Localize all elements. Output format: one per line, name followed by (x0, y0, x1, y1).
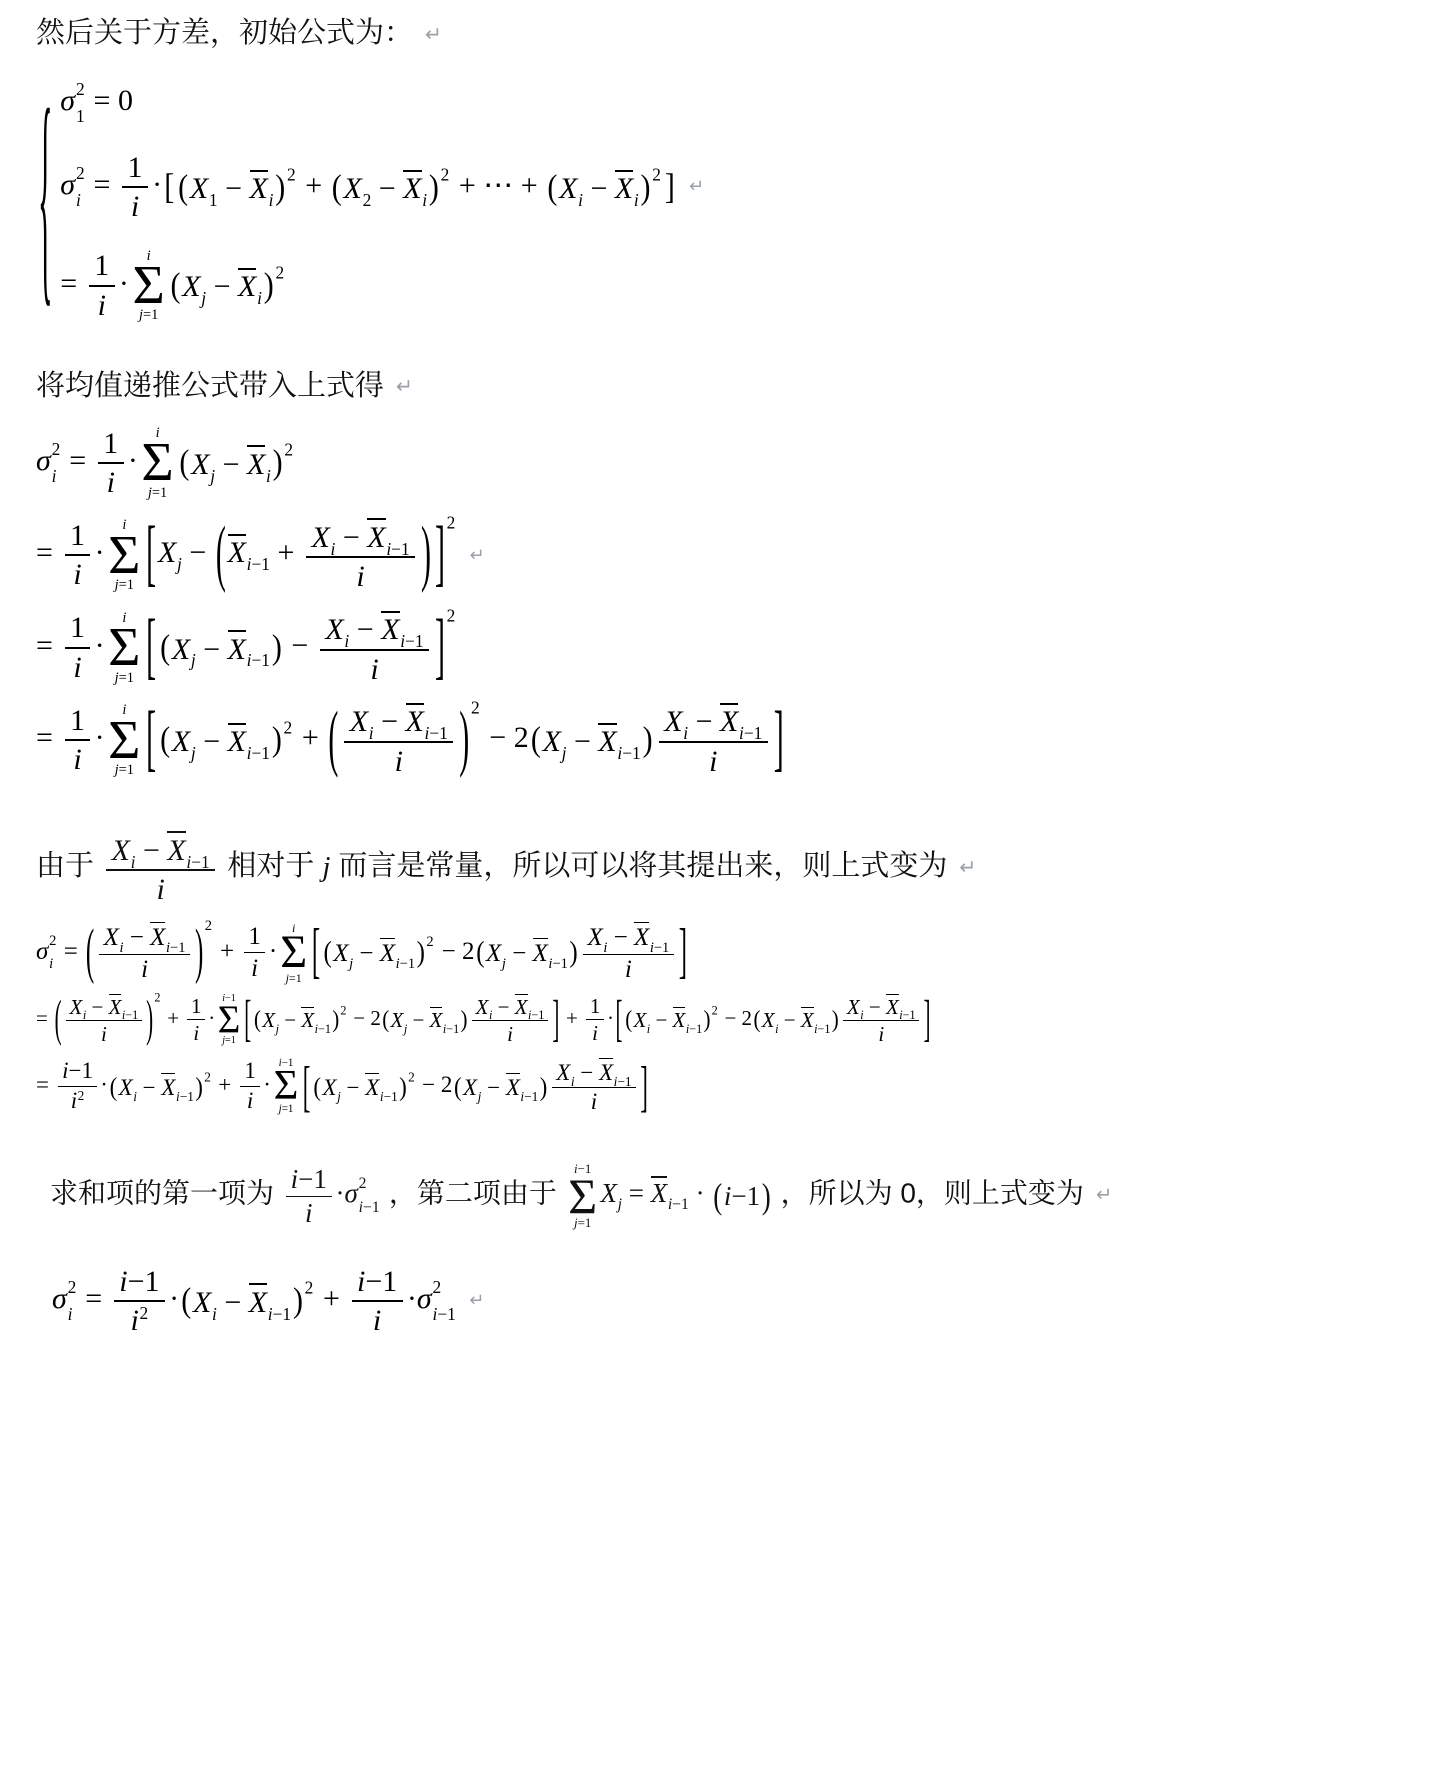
equation-squared-expansion: = 1i·iΣj=1[(Xj − Xi−1)2 + (Xi − Xi−1i)2 … (36, 703, 1444, 777)
constant-note-text-1: 由于 (36, 851, 94, 883)
equation-mean-substituted: = 1i·iΣj=1[Xj − (Xi−1 + Xi − Xi−1i)]2↵ (36, 518, 1444, 592)
document-page: { "marks": { "pilcrow": "↵", "sum": "Σ" … (0, 0, 1454, 1782)
inline-sigma-term: i−1i·σ2i−1 (282, 1178, 381, 1208)
paragraph-intro: 然后关于方差，初始公式为：↵ (36, 14, 1444, 53)
constant-note-text-2: 相对于 (227, 851, 314, 883)
pilcrow-mark: ↵ (425, 22, 442, 46)
equation-split-last-term: = (Xi − Xi−1i)2 + 1i·i−1Σj=1[(Xj − Xi−1)… (36, 994, 1444, 1046)
paragraph-substitute-mean: 将均值递推公式带入上式得↵ (36, 367, 1444, 406)
equation-regrouped-terms: = 1i·iΣj=1[(Xj − Xi−1) − Xi − Xi−1i]2 (36, 611, 1444, 685)
equation-simplified-coefficient: = i−1i2·(Xi − Xi−1)2 + 1i·i−1Σj=1[(Xj − … (36, 1058, 1444, 1115)
equation-system-initial-variance: {σ21 = 0σ2i = 1i·[(X1 − Xi)2 + (X2 − Xi)… (36, 81, 1444, 323)
pilcrow-mark: ↵ (396, 374, 413, 398)
equation-variance-sum-form: σ2i = 1i·iΣj=1(Xj − Xi)2 (36, 426, 1444, 500)
first-term-text-1: 求和项的第一项为 (50, 1177, 274, 1208)
inline-variable-j: j (322, 851, 330, 883)
paragraph-constant-note: 由于Xi − Xi−1i相对于j而言是常量，所以可以将其提出来，则上式变为↵ (36, 831, 1444, 905)
equation-factored-out: σ2i = (Xi − Xi−1i)2 + 1i·iΣj=1[(Xj − Xi−… (36, 922, 1444, 984)
inline-sum-identity: i−1Σj=1Xj = Xi−1 · (i−1) (565, 1178, 773, 1208)
paragraph-first-term-analysis: 求和项的第一项为i−1i·σ2i−1，第二项由于i−1Σj=1Xj = Xi−1… (50, 1163, 1444, 1230)
inline-fraction-xi: Xi − Xi−1i (102, 850, 219, 883)
equation-final-recursion: σ2i = i−1i2·(Xi − Xi−1)2 + i−1i·σ2i−1↵ (52, 1266, 1444, 1337)
first-term-text-3: ，所以为 0，则上式变为 (781, 1177, 1084, 1208)
first-term-text-2: ，第二项由于 (389, 1177, 557, 1208)
intro-text: 然后关于方差，初始公式为： (36, 17, 413, 49)
substitute-text: 将均值递推公式带入上式得 (36, 370, 384, 402)
pilcrow-mark: ↵ (1096, 1183, 1112, 1206)
constant-note-text-3: 而言是常量，所以可以将其提出来，则上式变为 (338, 851, 947, 883)
pilcrow-mark: ↵ (959, 855, 976, 879)
